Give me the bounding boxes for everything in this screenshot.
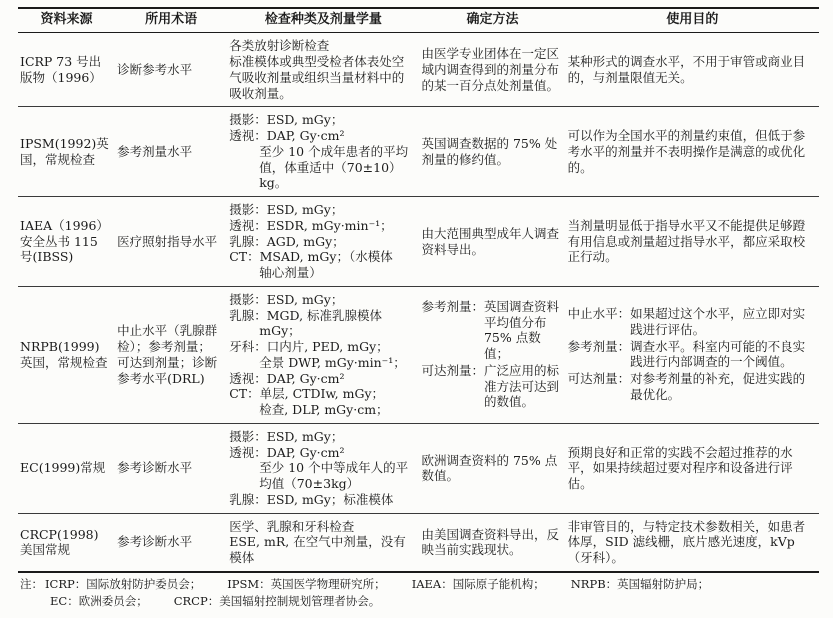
method-paragraph: 由大范围典型成年人调查资料导出。 (421, 226, 561, 258)
footnote-prefix: 注： (20, 577, 43, 591)
purpose-paragraph: 某种形式的调查水平，不用于审管或商业目的，与剂量限值无关。 (568, 54, 815, 86)
note-item: ICRP：国际放射防护委员会； (45, 577, 201, 591)
quantity-line: 检查, DLP, mGy·cm； (229, 402, 415, 418)
cell-quantities: 摄影：ESD, mGy； 透视：ESDR, mGy·min⁻¹； 乳腺：AGD,… (227, 197, 419, 287)
quantity-line: 乳腺：ESD, mGy；标准模体 (229, 492, 415, 508)
quantity-line: ESE, mR, 在空气中剂量，没有模体 (229, 534, 415, 566)
purpose-paragraph: 当剂量明显低于指导水平又不能提供足够蹬有用信息或剂量超过指导水平，都应采取校正行… (568, 218, 815, 265)
header-purpose: 使用目的 (566, 8, 819, 33)
cell-quantities: 摄影：ESD, mGy； 乳腺：MGD, 标准乳腺模体 mGy； 牙科：口内片,… (227, 286, 419, 423)
header-term: 所用术语 (115, 8, 227, 33)
cell-purpose: 可以作为全国水平的剂量约束值，但低于参考水平的剂量并不表明操作是满意的或优化的。 (566, 107, 819, 197)
quantity-line: 标准模体或典型受检者体表处空气吸收剂量或组织当量材料中的吸收剂量。 (229, 54, 415, 101)
quantity-line: 摄影：ESD, mGy； (229, 292, 415, 308)
cell-method: 参考剂量：英国调查资料平均值分布 75% 点数值； 可达剂量：广泛应用的标准方法… (419, 286, 565, 423)
quantity-line: 透视：ESDR, mGy·min⁻¹； (229, 218, 415, 234)
cell-purpose: 中止水平：如果超过这个水平，应立即对实践进行评估。 参考剂量：调查水平。科室内可… (566, 286, 819, 423)
quantity-line: CT：MSAD, mGy；（水模体 (229, 249, 415, 265)
note-item: CRCP：美国辐射控制规划管理者协会。 (174, 594, 381, 608)
cell-term: 诊断参考水平 (115, 33, 227, 107)
cell-quantities: 摄影：ESD, mGy； 透视：DAP, Gy·cm² 至少 10 个中等成年人… (227, 423, 419, 513)
cell-method: 由美国调查资料导出，反映当前实践现状。 (419, 513, 565, 572)
cell-quantities: 摄影：ESD, mGy； 透视：DAP, Gy·cm² 至少 10 个成年患者的… (227, 107, 419, 197)
method-paragraph: 参考剂量：英国调查资料平均值分布 75% 点数值； (421, 299, 561, 362)
quantity-line: mGy； (229, 323, 415, 339)
reference-levels-table: 资料来源 所用术语 检查种类及剂量学量 确定方法 使用目的 ICRP 73 号出… (18, 7, 819, 573)
note-item: NRPB：英国辐射防护局； (571, 577, 709, 591)
quantity-line: CT：单层, CTDIw, mGy； (229, 386, 415, 402)
note-item: IPSM：英国医学物理研究所； (227, 577, 385, 591)
cell-source: CRCP(1998)美国常规 (18, 513, 115, 572)
cell-purpose: 预期良好和正常的实践不会超过推荐的水平，如果持续超过要对程序和设备进行评估。 (566, 423, 819, 513)
quantity-line: 透视：DAP, Gy·cm² (229, 371, 415, 387)
quantity-line: 牙科：口内片, PED, mGy； (229, 339, 415, 355)
cell-purpose: 非审管目的，与特定技术参数相关，如患者体厚，SID 滤线栅，底片感光速度，kVp… (566, 513, 819, 572)
table-row: IPSM(1992)英国，常规检查 参考剂量水平 摄影：ESD, mGy； 透视… (18, 107, 819, 197)
method-paragraph: 由美国调查资料导出，反映当前实践现状。 (421, 527, 561, 559)
cell-purpose: 某种形式的调查水平，不用于审管或商业目的，与剂量限值无关。 (566, 33, 819, 107)
cell-term: 参考诊断水平 (115, 513, 227, 572)
cell-term: 中止水平（乳腺群检）；参考剂量；可达到剂量；诊断参考水平(DRL) (115, 286, 227, 423)
purpose-paragraph: 可达剂量：对参考剂量的补充，促进实践的最优化。 (568, 371, 815, 403)
cell-source: IPSM(1992)英国，常规检查 (18, 107, 115, 197)
table-row: CRCP(1998)美国常规 参考诊断水平 医学、乳腺和牙科检查 ESE, mR… (18, 513, 819, 572)
purpose-paragraph: 可以作为全国水平的剂量约束值，但低于参考水平的剂量并不表明操作是满意的或优化的。 (568, 128, 815, 175)
quantity-line: 医学、乳腺和牙科检查 (229, 519, 415, 535)
cell-term: 参考剂量水平 (115, 107, 227, 197)
note-item: IAEA：国际原子能机构； (412, 577, 545, 591)
note-item: EC：欧洲委员会； (50, 594, 148, 608)
purpose-paragraph: 预期良好和正常的实践不会超过推荐的水平，如果持续超过要对程序和设备进行评估。 (568, 445, 815, 492)
table-row: NRPB(1999)英国，常规检查 中止水平（乳腺群检）；参考剂量；可达到剂量；… (18, 286, 819, 423)
cell-term: 参考诊断水平 (115, 423, 227, 513)
footnote: 注：ICRP：国际放射防护委员会；IPSM：英国医学物理研究所；IAEA：国际原… (18, 573, 819, 611)
table-row: ICRP 73 号出版物（1996） 诊断参考水平 各类放射诊断检查 标准模体或… (18, 33, 819, 107)
header-method: 确定方法 (419, 8, 565, 33)
cell-method: 欧洲调查资料的 75% 点数值。 (419, 423, 565, 513)
cell-source: ICRP 73 号出版物（1996） (18, 33, 115, 107)
table-row: IAEA（1996）安全丛书 115 号(IBSS) 医疗照射指导水平 摄影：E… (18, 197, 819, 287)
cell-purpose: 当剂量明显低于指导水平又不能提供足够蹬有用信息或剂量超过指导水平，都应采取校正行… (566, 197, 819, 287)
quantity-line: 至少 10 个中等成年人的平均值（70±3kg） (229, 460, 415, 492)
quantity-line: 乳腺：MGD, 标准乳腺模体 (229, 308, 415, 324)
quantity-line: 透视：DAP, Gy·cm² (229, 128, 415, 144)
table-header-row: 资料来源 所用术语 检查种类及剂量学量 确定方法 使用目的 (18, 8, 819, 33)
cell-source: EC(1999)常规 (18, 423, 115, 513)
purpose-paragraph: 中止水平：如果超过这个水平，应立即对实践进行评估。 (568, 306, 815, 338)
purpose-paragraph: 非审管目的，与特定技术参数相关，如患者体厚，SID 滤线栅，底片感光速度，kVp… (568, 519, 815, 566)
cell-quantities: 医学、乳腺和牙科检查 ESE, mR, 在空气中剂量，没有模体 (227, 513, 419, 572)
cell-quantities: 各类放射诊断检查 标准模体或典型受检者体表处空气吸收剂量或组织当量材料中的吸收剂… (227, 33, 419, 107)
quantity-line: 乳腺：AGD, mGy； (229, 234, 415, 250)
quantity-line: 摄影：ESD, mGy； (229, 429, 415, 445)
header-source: 资料来源 (18, 8, 115, 33)
purpose-paragraph: 参考剂量：调查水平。科室内可能的不良实践进行内部调查的一个阈值。 (568, 339, 815, 371)
header-quantities: 检查种类及剂量学量 (227, 8, 419, 33)
cell-source: IAEA（1996）安全丛书 115 号(IBSS) (18, 197, 115, 287)
quantity-line: 轴心剂量） (229, 265, 415, 281)
document-page: 资料来源 所用术语 检查种类及剂量学量 确定方法 使用目的 ICRP 73 号出… (0, 0, 833, 610)
quantity-line: 摄影：ESD, mGy； (229, 112, 415, 128)
method-paragraph: 欧洲调查资料的 75% 点数值。 (421, 453, 561, 485)
method-paragraph: 可达剂量：广泛应用的标准方法可达到的数值。 (421, 363, 561, 410)
method-paragraph: 英国调查数据的 75% 处剂量的修约值。 (421, 136, 561, 168)
footnote-line-2: EC：欧洲委员会；CRCP：美国辐射控制规划管理者协会。 (20, 593, 819, 610)
quantity-line: 透视：DAP, Gy·cm² (229, 445, 415, 461)
table-row: EC(1999)常规 参考诊断水平 摄影：ESD, mGy； 透视：DAP, G… (18, 423, 819, 513)
cell-term: 医疗照射指导水平 (115, 197, 227, 287)
cell-method: 由医学专业团体在一定区域内调查得到的剂量分布的某一百分点处剂量值。 (419, 33, 565, 107)
footnote-line-1: 注：ICRP：国际放射防护委员会；IPSM：英国医学物理研究所；IAEA：国际原… (20, 576, 819, 593)
cell-source: NRPB(1999)英国，常规检查 (18, 286, 115, 423)
method-paragraph: 由医学专业团体在一定区域内调查得到的剂量分布的某一百分点处剂量值。 (421, 46, 561, 93)
quantity-line: 至少 10 个成年患者的平均值，体重适中（70±10）kg。 (229, 144, 415, 191)
cell-method: 由大范围典型成年人调查资料导出。 (419, 197, 565, 287)
quantity-line: 摄影：ESD, mGy； (229, 202, 415, 218)
quantity-line: 各类放射诊断检查 (229, 38, 415, 54)
quantity-line: 全景 DWP, mGy·min⁻¹； (229, 355, 415, 371)
cell-method: 英国调查数据的 75% 处剂量的修约值。 (419, 107, 565, 197)
